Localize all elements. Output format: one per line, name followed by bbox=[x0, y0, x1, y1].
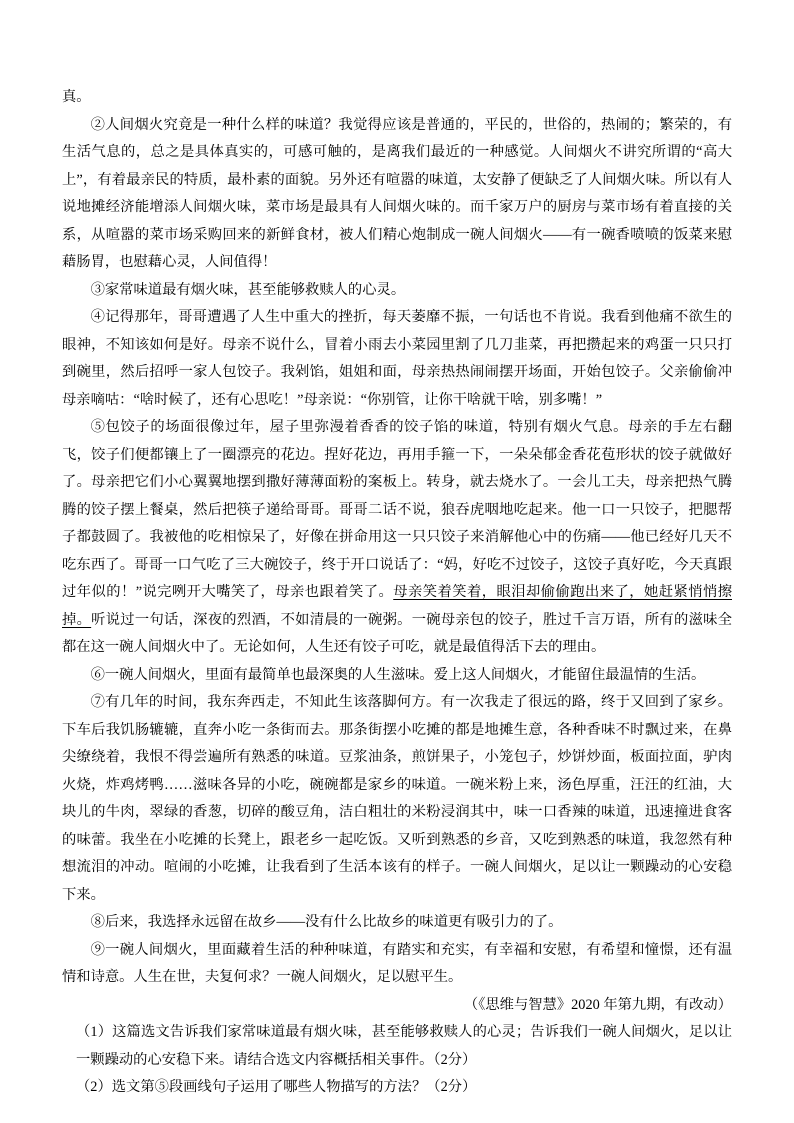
paragraph-4: ④记得那年，哥哥遭遇了人生中重大的挫折，每天萎靡不振，一句话也不肯说。我看到他痛… bbox=[62, 304, 732, 414]
paragraph-5-text-before-underline: ⑤包饺子的场面很像过年，屋子里弥漫着香香的饺子馅的味道，特别有烟火气息。母亲的手… bbox=[62, 419, 732, 600]
paragraph-5: ⑤包饺子的场面很像过年，屋子里弥漫着香香的饺子馅的味道，特别有烟火气息。母亲的手… bbox=[62, 414, 732, 662]
document-page: 真。 ②人间烟火究竟是一种什么样的味道？我觉得应该是普通的，平民的，世俗的，热闹… bbox=[0, 0, 794, 1123]
question-2: （2）选文第⑤段画线句子运用了哪些人物描写的方法？（2分） bbox=[62, 1074, 732, 1102]
paragraph-5-text-after-underline: 听说过一句话，深夜的烈酒，不如清晨的一碗粥。一碗母亲包的饺子，胜过千言万语，所有… bbox=[62, 612, 732, 656]
paragraph-7: ⑦有几年的时间，我东奔西走，不知此生该落脚何方。有一次我走了很远的路，终于又回到… bbox=[62, 689, 732, 909]
paragraph-6: ⑥一碗人间烟火，里面有最简单也最深奥的人生滋味。爱上这人间烟火，才能留住最温情的… bbox=[62, 662, 732, 690]
paragraph-continuation: 真。 bbox=[62, 84, 732, 112]
source-attribution: （《思维与智慧》2020 年第九期，有改动） bbox=[62, 992, 732, 1020]
question-1: （1）这篇选文告诉我们家常味道最有烟火味，甚至能够救赎人的心灵；告诉我们一碗人间… bbox=[62, 1019, 732, 1074]
paragraph-2: ②人间烟火究竟是一种什么样的味道？我觉得应该是普通的，平民的，世俗的，热闹的；繁… bbox=[62, 112, 732, 277]
paragraph-3: ③家常味道最有烟火味，甚至能够救赎人的心灵。 bbox=[62, 277, 732, 305]
paragraph-8: ⑧后来，我选择永远留在故乡——没有什么比故乡的味道更有吸引力的了。 bbox=[62, 909, 732, 937]
paragraph-9: ⑨一碗人间烟火，里面藏着生活的种种味道，有踏实和充实，有幸福和安慰，有希望和憧憬… bbox=[62, 937, 732, 992]
